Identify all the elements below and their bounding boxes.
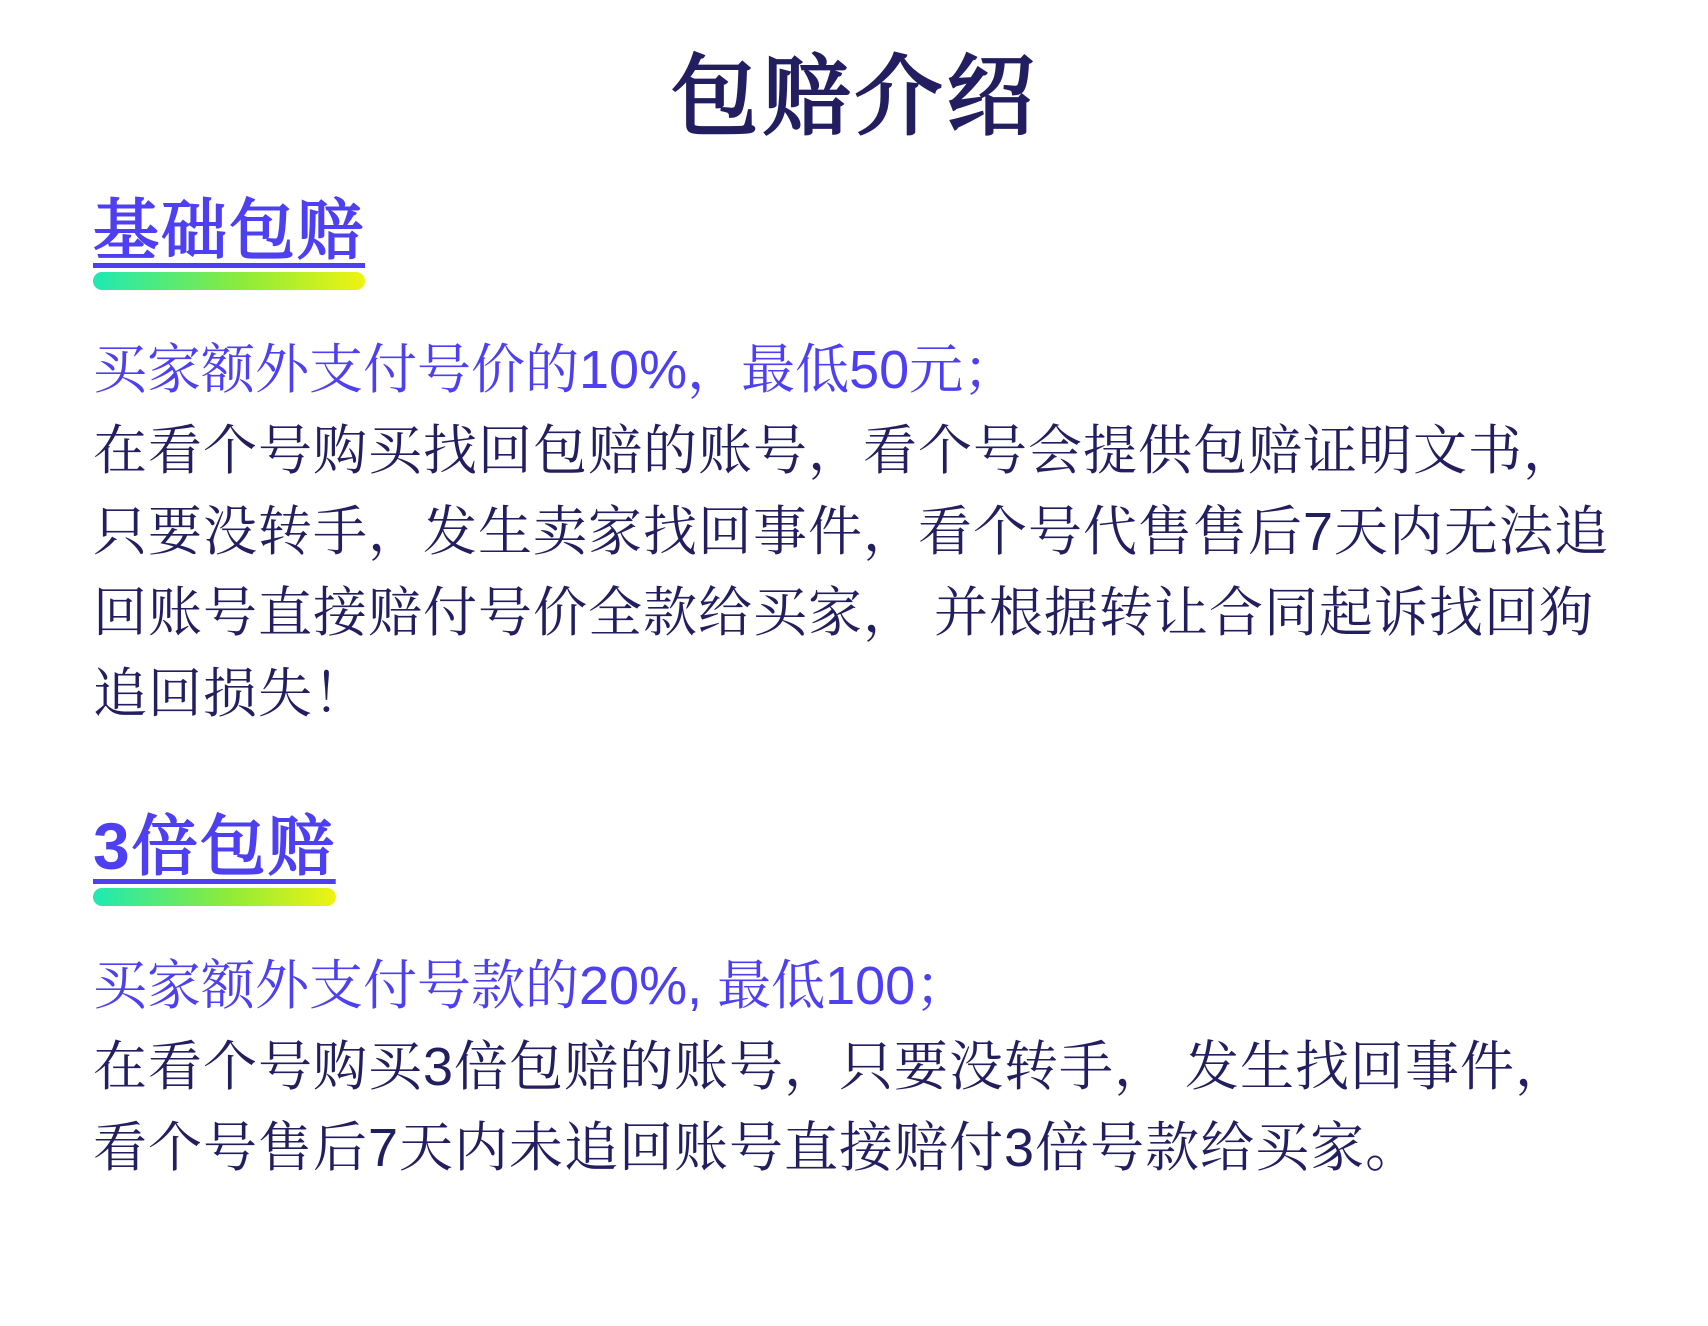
basic-fee-line: 买家额外支付号价的10%，最低50元； <box>93 330 1616 411</box>
heading-underline-bar <box>93 272 365 290</box>
basic-section-body: 在看个号购买找回包赔的账号，看个号会提供包赔证明文书， 只要没转手，发生卖家找回… <box>93 411 1616 735</box>
basic-heading-wrap: 基础包赔 <box>93 195 365 290</box>
section-basic-compensation: 基础包赔 买家额外支付号价的10%，最低50元； 在看个号购买找回包赔的账号，看… <box>93 195 1616 735</box>
triple-section-body: 在看个号购买3倍包赔的账号，只要没转手， 发生找回事件， 看个号售后7天内未追回… <box>93 1027 1616 1189</box>
section-triple-compensation: 3倍包赔 买家额外支付号款的20%, 最低100； 在看个号购买3倍包赔的账号，… <box>93 811 1616 1189</box>
triple-section-heading: 3倍包赔 <box>93 811 336 882</box>
basic-section-heading: 基础包赔 <box>93 195 365 266</box>
heading-underline-bar <box>93 888 336 906</box>
triple-heading-wrap: 3倍包赔 <box>93 811 336 906</box>
compensation-intro-page: 包赔介绍 基础包赔 买家额外支付号价的10%，最低50元； 在看个号购买找回包赔… <box>0 0 1708 1326</box>
triple-fee-line: 买家额外支付号款的20%, 最低100； <box>93 946 1616 1027</box>
page-title: 包赔介绍 <box>93 48 1616 147</box>
